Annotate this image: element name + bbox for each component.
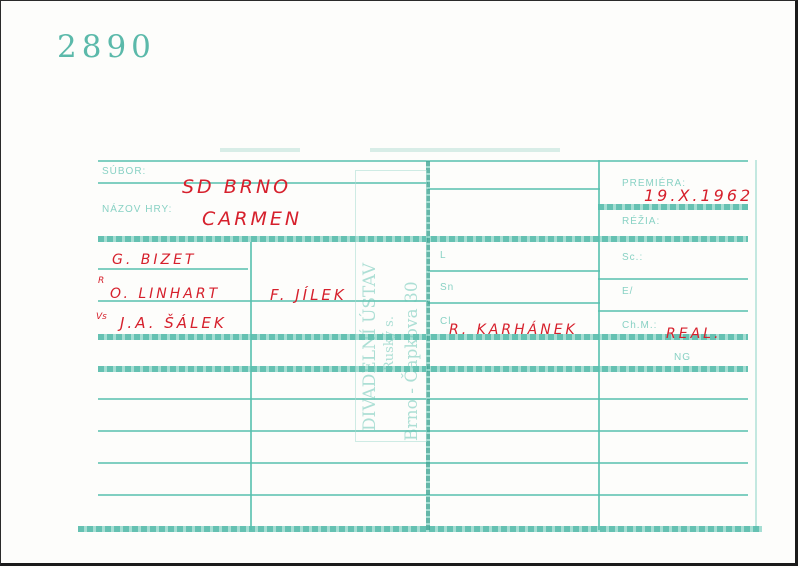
rule <box>428 188 600 190</box>
stamp-line-1: DIVADELNÍ ÚSTAV <box>360 263 380 431</box>
label-e: E/ <box>622 286 633 297</box>
handwritten-realization: REAL. <box>666 326 721 342</box>
rule <box>428 270 600 272</box>
handwritten-stage-prefix: Vs <box>96 312 107 322</box>
handwritten-conductor: F. JÍLEK <box>270 286 347 304</box>
handwritten-choir-master: R. KARHÁNEK <box>449 322 578 338</box>
rule <box>598 278 748 280</box>
label-play-title: NÁZOV HRY: <box>102 204 172 215</box>
handwritten-director: O. LINHART <box>110 286 220 302</box>
label-choir-master: Ch.M.: <box>622 320 657 331</box>
rule <box>98 462 748 464</box>
card-edge <box>755 160 757 530</box>
label-ng: NG <box>674 352 691 363</box>
handwritten-premiere-date: 19.X.1962 <box>644 186 753 205</box>
label-l: L <box>440 250 447 261</box>
faint-print-mark <box>220 148 300 152</box>
column-divider <box>250 242 252 530</box>
handwritten-title: CARMEN <box>202 208 302 230</box>
rule <box>598 310 748 312</box>
faint-print-mark <box>370 148 560 152</box>
institute-stamp: DIVADELNÍ ÚSTAV Ruský s. Brno - Čapkova … <box>355 170 427 442</box>
label-sn: Sn <box>440 282 454 293</box>
rule <box>428 302 600 304</box>
handwritten-stage-designer: J.A. ŠÁLEK <box>120 314 227 332</box>
handwritten-ensemble: SD BRNO <box>182 176 291 198</box>
stamp-line-3: Brno - Čapkova 30 <box>402 281 422 441</box>
handwritten-director-prefix: R <box>98 276 104 286</box>
archive-number-stamp: 2890 <box>57 29 156 65</box>
column-divider <box>598 160 600 530</box>
label-direction: RÉŽIA: <box>622 216 660 227</box>
label-sc: Sc.: <box>622 252 643 263</box>
rule <box>98 494 748 496</box>
rule <box>98 268 248 270</box>
handwritten-composer: G. BIZET <box>112 252 196 268</box>
label-ensemble: SÚBOR: <box>102 166 146 177</box>
card-top-rule <box>98 160 748 162</box>
stamp-line-2: Ruský s. <box>382 316 397 371</box>
card-bottom-rule <box>78 526 762 532</box>
